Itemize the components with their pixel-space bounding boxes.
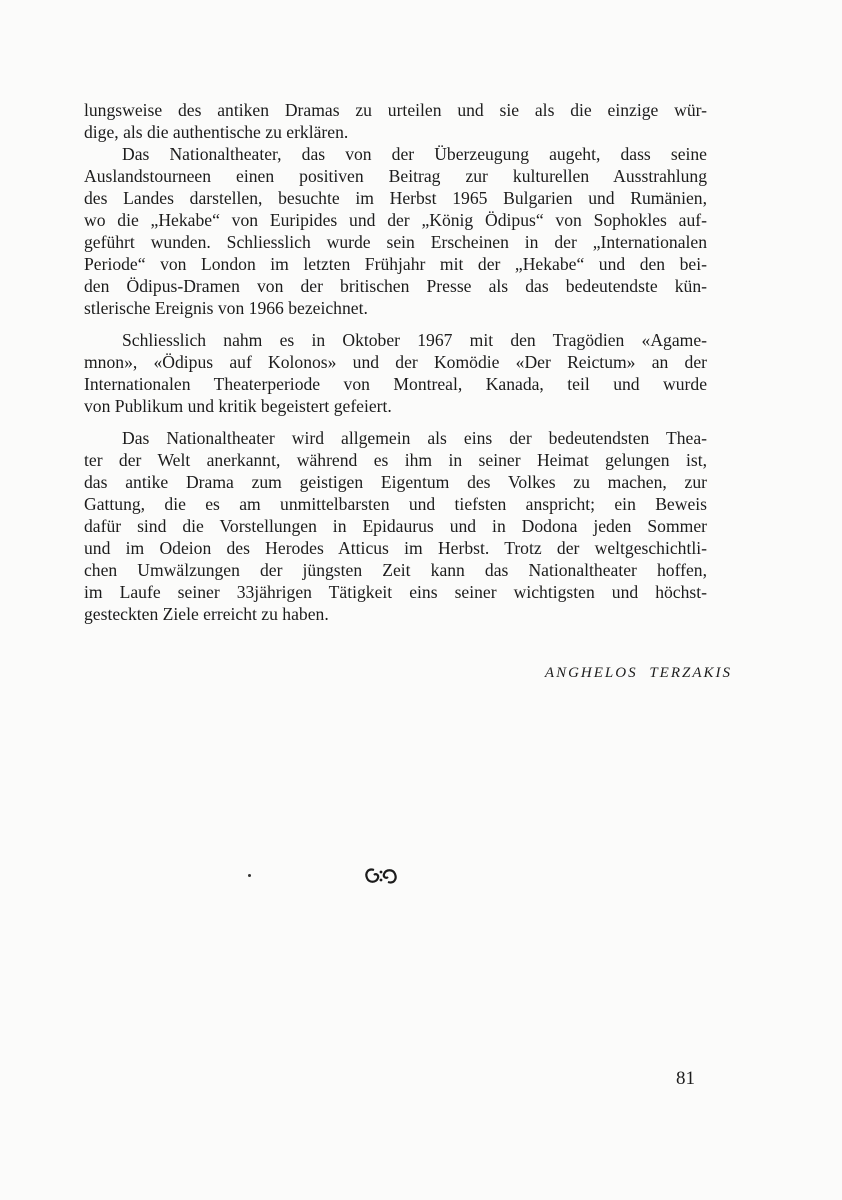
text-line: Das Nationaltheater, das von der Überzeu…	[84, 143, 707, 165]
paragraph: Schliesslich nahm es in Oktober 1967 mit…	[84, 329, 707, 417]
article-body: lungsweise des antiken Dramas zu urteile…	[84, 99, 707, 625]
text-line: dige, als die authentische zu erklären.	[84, 121, 707, 143]
author-signature: ANGHELOS TERZAKIS	[545, 665, 732, 682]
text-line: Internationalen Theaterperiode von Montr…	[84, 373, 707, 395]
text-line: mnon», «Ödipus auf Kolonos» und der Komö…	[84, 351, 707, 373]
text-line: Schliesslich nahm es in Oktober 1967 mit…	[84, 329, 707, 351]
ornament-svg	[362, 864, 400, 888]
text-line: Auslandstourneen einen positiven Beitrag…	[84, 165, 707, 187]
text-line: stlerische Ereignis von 1966 bezeichnet.	[84, 297, 707, 319]
paragraph: lungsweise des antiken Dramas zu urteile…	[84, 99, 707, 143]
text-line: wo die „Hekabe“ von Euripides und der „K…	[84, 209, 707, 231]
text-line: Periode“ von London im letzten Frühjahr …	[84, 253, 707, 275]
text-line: des Landes darstellen, besuchte im Herbs…	[84, 187, 707, 209]
document-page: lungsweise des antiken Dramas zu urteile…	[0, 0, 842, 1200]
text-line: Gattung, die es am unmittelbarsten und t…	[84, 493, 707, 515]
text-line: und im Odeion des Herodes Atticus im Her…	[84, 537, 707, 559]
paragraph: Das Nationaltheater wird allgemein als e…	[84, 427, 707, 625]
paragraph: Das Nationaltheater, das von der Überzeu…	[84, 143, 707, 319]
text-line: Das Nationaltheater wird allgemein als e…	[84, 427, 707, 449]
scroll-ornament-icon	[362, 864, 400, 893]
text-line: im Laufe seiner 33jährigen Tätigkeit ein…	[84, 581, 707, 603]
text-line: gesteckten Ziele erreicht zu haben.	[84, 603, 707, 625]
text-line: das antike Drama zum geistigen Eigentum …	[84, 471, 707, 493]
text-line: von Publikum und kritik begeistert gefei…	[84, 395, 707, 417]
print-speck	[248, 874, 251, 877]
paragraph-gap	[84, 319, 707, 329]
text-line: lungsweise des antiken Dramas zu urteile…	[84, 99, 707, 121]
text-line: geführt wunden. Schliesslich wurde sein …	[84, 231, 707, 253]
paragraph-gap	[84, 417, 707, 427]
text-line: ter der Welt anerkannt, während es ihm i…	[84, 449, 707, 471]
text-line: chen Umwälzungen der jüngsten Zeit kann …	[84, 559, 707, 581]
page-number: 81	[676, 1068, 695, 1090]
text-line: den Ödipus-Dramen von der britischen Pre…	[84, 275, 707, 297]
text-line: dafür sind die Vorstellungen in Epidauru…	[84, 515, 707, 537]
